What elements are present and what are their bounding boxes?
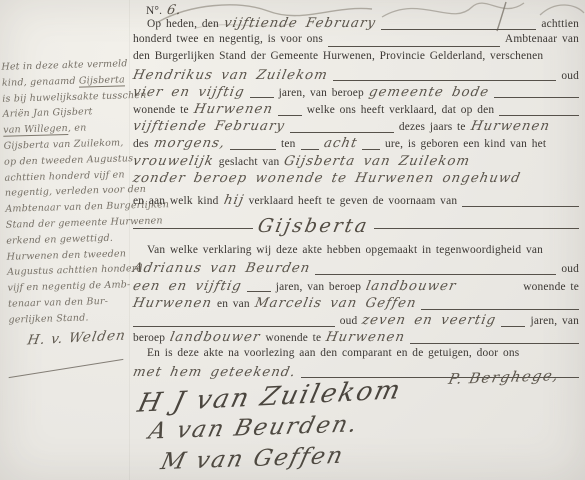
handwritten-text: acht: [322, 136, 358, 151]
printed-text: wonende te: [523, 281, 579, 293]
fill-line: [278, 115, 302, 116]
fill-line: [250, 97, 274, 98]
printed-text: en aan welk kind: [133, 195, 219, 207]
fill-line: [133, 228, 253, 229]
handwritten-text: morgens,: [152, 136, 226, 151]
margin-text: Ariën Jan Gijsbert: [3, 107, 93, 121]
printed-text: en van: [217, 298, 250, 310]
handwritten-text: Hurwenen: [192, 102, 274, 117]
fill-line: [381, 29, 537, 30]
margin-text: vijf en negentig de Amb-: [7, 279, 130, 293]
margin-text: Hurwenen den tweeden: [7, 248, 127, 262]
handwritten-text: Hurwenen: [469, 119, 551, 134]
margin-text: erkend en gewettigd.: [6, 232, 113, 246]
body-line: desmorgens,tenachture, is geboren een ki…: [133, 136, 579, 153]
act-body-text: Op heden, denvijftiende Februaryachttien…: [133, 16, 579, 382]
body-line: Hendrikus van Zuilekomoud: [133, 68, 579, 85]
margin-text: van Willegen: [3, 123, 68, 137]
handwritten-text: vier en vijftig: [132, 85, 246, 100]
fill-line: [362, 149, 380, 150]
printed-text: welke ons heeft verklaard, dat op den: [307, 104, 494, 116]
fill-line: [374, 228, 579, 229]
handwritten-text: hij: [222, 193, 245, 208]
margin-text: tenaar van den Bur-: [8, 296, 108, 310]
body-line: beroeplandbouwerwonende teHurwenen: [133, 330, 579, 347]
printed-text: Op heden, den: [147, 18, 219, 30]
margin-text: Gijsberta: [79, 74, 125, 87]
fill-line: [301, 149, 319, 150]
printed-text: En is deze akte na voorlezing aan den co…: [147, 347, 519, 359]
printed-text: ure, is geboren een kind van het: [385, 138, 546, 150]
margin-text: kind, genaamd: [2, 75, 79, 88]
fill-line: [501, 326, 525, 327]
handwritten-text: landbouwer: [365, 279, 458, 294]
fill-line: [333, 80, 557, 81]
margin-text: Augustus achttien honderd: [7, 263, 143, 278]
fill-line: [499, 115, 579, 116]
printed-text: des: [133, 138, 149, 150]
margin-text: , en: [68, 123, 87, 135]
fill-line: [494, 97, 579, 98]
handwritten-text: met hem geteekend.: [132, 365, 298, 380]
body-line: en aan welk kindhijverklaard heeft te ge…: [133, 193, 579, 210]
handwritten-text: Hurwenen: [132, 296, 214, 311]
fill-line: [410, 343, 579, 344]
handwritten-text: landbouwer: [169, 330, 262, 345]
body-line: Gijsberta: [133, 215, 579, 232]
body-line: oudzeven en veertigjaren, van: [133, 313, 579, 330]
handwritten-text: Gijsberta van Zuilekom: [283, 154, 472, 169]
signature-witness-2: M van Geffen: [158, 443, 347, 475]
handwritten-text: Marcelis van Geffen: [253, 296, 417, 311]
printed-text: oud: [340, 315, 358, 327]
printed-text: den Burgerlijken Stand der Gemeente Hurw…: [133, 50, 543, 62]
printed-text: jaren, van: [530, 315, 579, 327]
fill-line: [247, 291, 271, 292]
margin-signature: H. v. Welden: [26, 327, 127, 348]
margin-text: gerlijken Stand.: [8, 312, 88, 325]
printed-text: Ambtenaar van: [505, 33, 579, 45]
handwritten-text: een en vijftig: [132, 279, 244, 294]
printed-text: oud: [561, 70, 579, 82]
body-line: Op heden, denvijftiende Februaryachttien: [133, 16, 579, 33]
printed-text: achttien: [541, 18, 579, 30]
printed-text: jaren, van beroep: [276, 281, 361, 293]
printed-text: verklaard heeft te geven de voornaam van: [249, 195, 458, 207]
handwritten-text: vrouwelijk: [132, 154, 216, 169]
margin-signature-flourish: [9, 359, 124, 378]
body-line: den Burgerlijken Stand der Gemeente Hurw…: [133, 50, 579, 67]
fill-line: [133, 326, 335, 327]
printed-text: jaren, van beroep: [279, 87, 364, 99]
handwritten-text: Adrianus van Beurden: [132, 261, 312, 276]
printed-text: ten: [281, 138, 296, 150]
body-line: Van welke verklaring wij deze akte hebbe…: [133, 244, 579, 261]
body-line: vrouwelijkgeslacht vanGijsberta van Zuil…: [133, 154, 579, 171]
handwritten-text: zeven en veertig: [361, 313, 498, 328]
fill-line: [315, 274, 556, 275]
fill-line: [230, 149, 276, 150]
handwritten-text: gemeente bode: [367, 85, 490, 100]
margin-text: Gijsberta van Zuilekom,: [3, 137, 123, 151]
margin-annotation: Het in deze akte vermeldkind, genaamd Gi…: [1, 58, 132, 330]
printed-text: honderd twee en negentig, is voor ons: [133, 33, 323, 45]
body-line: vier en vijftigjaren, van beroepgemeente…: [133, 85, 579, 102]
printed-text: wonende te: [133, 104, 189, 116]
body-line: vijftiende Februarydezes jaars teHurwene…: [133, 119, 579, 136]
body-line: Hurwenenen vanMarcelis van Geffen: [133, 296, 579, 313]
printed-text: wonende te: [266, 332, 322, 344]
margin-text: op den tweeden Augustus: [4, 153, 133, 168]
fill-line: [290, 132, 394, 133]
body-line: Adrianus van Beurdenoud: [133, 261, 579, 278]
birth-certificate-document: N°. 6. Het in deze akte vermeldkind, gen…: [0, 0, 585, 480]
handwritten-text: Gijsberta: [256, 215, 371, 237]
printed-text: Van welke verklaring wij deze akte hebbe…: [147, 244, 543, 256]
body-line: een en vijftigjaren, van beroeplandbouwe…: [133, 279, 579, 296]
body-line: wonende teHurwenenwelke ons heeft verkla…: [133, 102, 579, 119]
body-line: honderd twee en negentig, is voor onsAmb…: [133, 33, 579, 50]
body-line: zonder beroep wonende te Hurwenen ongehu…: [133, 171, 579, 188]
handwritten-text: vijftiende February: [132, 119, 287, 134]
printed-text: dezes jaars te: [399, 121, 466, 133]
margin-text: Het in deze akte vermeld: [1, 58, 127, 73]
body-line: En is deze akte na voorlezing aan den co…: [133, 347, 579, 364]
handwritten-text: Hendrikus van Zuilekom: [132, 68, 330, 83]
margin-text: achttien honderd vijf en: [4, 169, 125, 183]
printed-text: oud: [561, 263, 579, 275]
signature-declarant: H J van Zuilekom: [135, 375, 405, 419]
official-signature: P. Berghege,: [447, 368, 561, 388]
printed-text: geslacht van: [219, 156, 280, 168]
printed-text: beroep: [133, 332, 165, 344]
fill-line: [462, 206, 579, 207]
handwritten-text: Hurwenen: [325, 330, 407, 345]
handwritten-text: vijftiende February: [222, 16, 377, 31]
fill-line: [328, 46, 500, 47]
fill-line: [421, 309, 579, 310]
handwritten-text: zonder beroep wonende te Hurwenen ongehu…: [132, 171, 523, 186]
